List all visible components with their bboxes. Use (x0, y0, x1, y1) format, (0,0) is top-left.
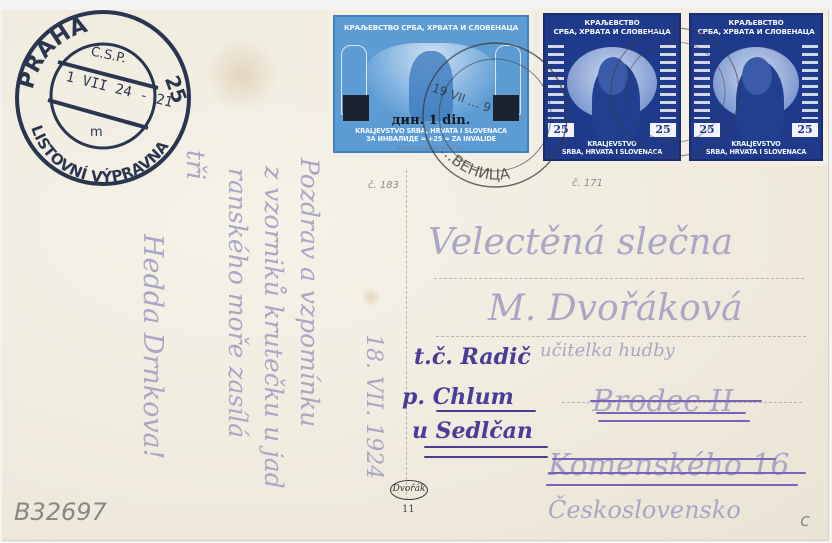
address-line (434, 278, 804, 279)
underline (424, 446, 548, 448)
message-line: Hedda Drnkova! (137, 234, 168, 460)
svg-text:1 VII 24 - 21: 1 VII 24 - 21 (64, 69, 174, 111)
strike-line (596, 412, 746, 414)
message-line: tři (181, 150, 210, 180)
corner-mark: c (800, 510, 810, 531)
card-divider (406, 170, 407, 500)
catalog-note: č. 171 (572, 178, 603, 189)
strike-line (598, 420, 750, 422)
publisher-logo-text: Dvořák (393, 484, 426, 494)
forwarding-line-1: t.č. Radič (414, 344, 531, 370)
message-line: Pozdrav a vzpomínku (295, 158, 324, 427)
underline (424, 456, 548, 458)
strike-line (552, 458, 776, 460)
catalog-note: č. 183 (368, 180, 399, 191)
svg-text:m: m (90, 125, 103, 140)
publisher-number: 11 (402, 504, 415, 515)
address-line (436, 336, 806, 337)
address-old-line: Komenského 16 (548, 448, 790, 483)
strike-line (546, 484, 798, 486)
svg-text:…ВЕНИЦА: …ВЕНИЦА (437, 142, 511, 184)
postmark-praha: PRAHA 25 LISTOVNÍ VÝPRAVNA Č.S.P. 1 VII … (8, 8, 198, 184)
address-salutation: Velectěná slečna (428, 222, 733, 263)
address-country: Československo (548, 496, 741, 524)
inventory-number: B32697 (14, 498, 107, 526)
foxing-stain (202, 40, 282, 110)
underline (436, 410, 536, 412)
forwarding-line-3: u Sedlčan (412, 418, 533, 444)
postmark-yugoslav: …ВЕНИЦА 19 VII … 9 (410, 20, 830, 200)
forwarding-line-2: p. Chlum (402, 384, 514, 410)
foxing-stain (360, 288, 382, 306)
message-line: ranského moře zasílá (223, 168, 252, 438)
address-name: M. Dvořáková (488, 288, 743, 329)
message-line: z vzorniků krutečku u jad (259, 166, 288, 489)
strike-line (590, 400, 762, 402)
message-date: 18. VII. 1924 (361, 334, 386, 479)
strike-line (548, 472, 806, 474)
publisher-logo: Dvořák (390, 480, 428, 500)
address-occupation: učitelka hudby (540, 340, 675, 361)
